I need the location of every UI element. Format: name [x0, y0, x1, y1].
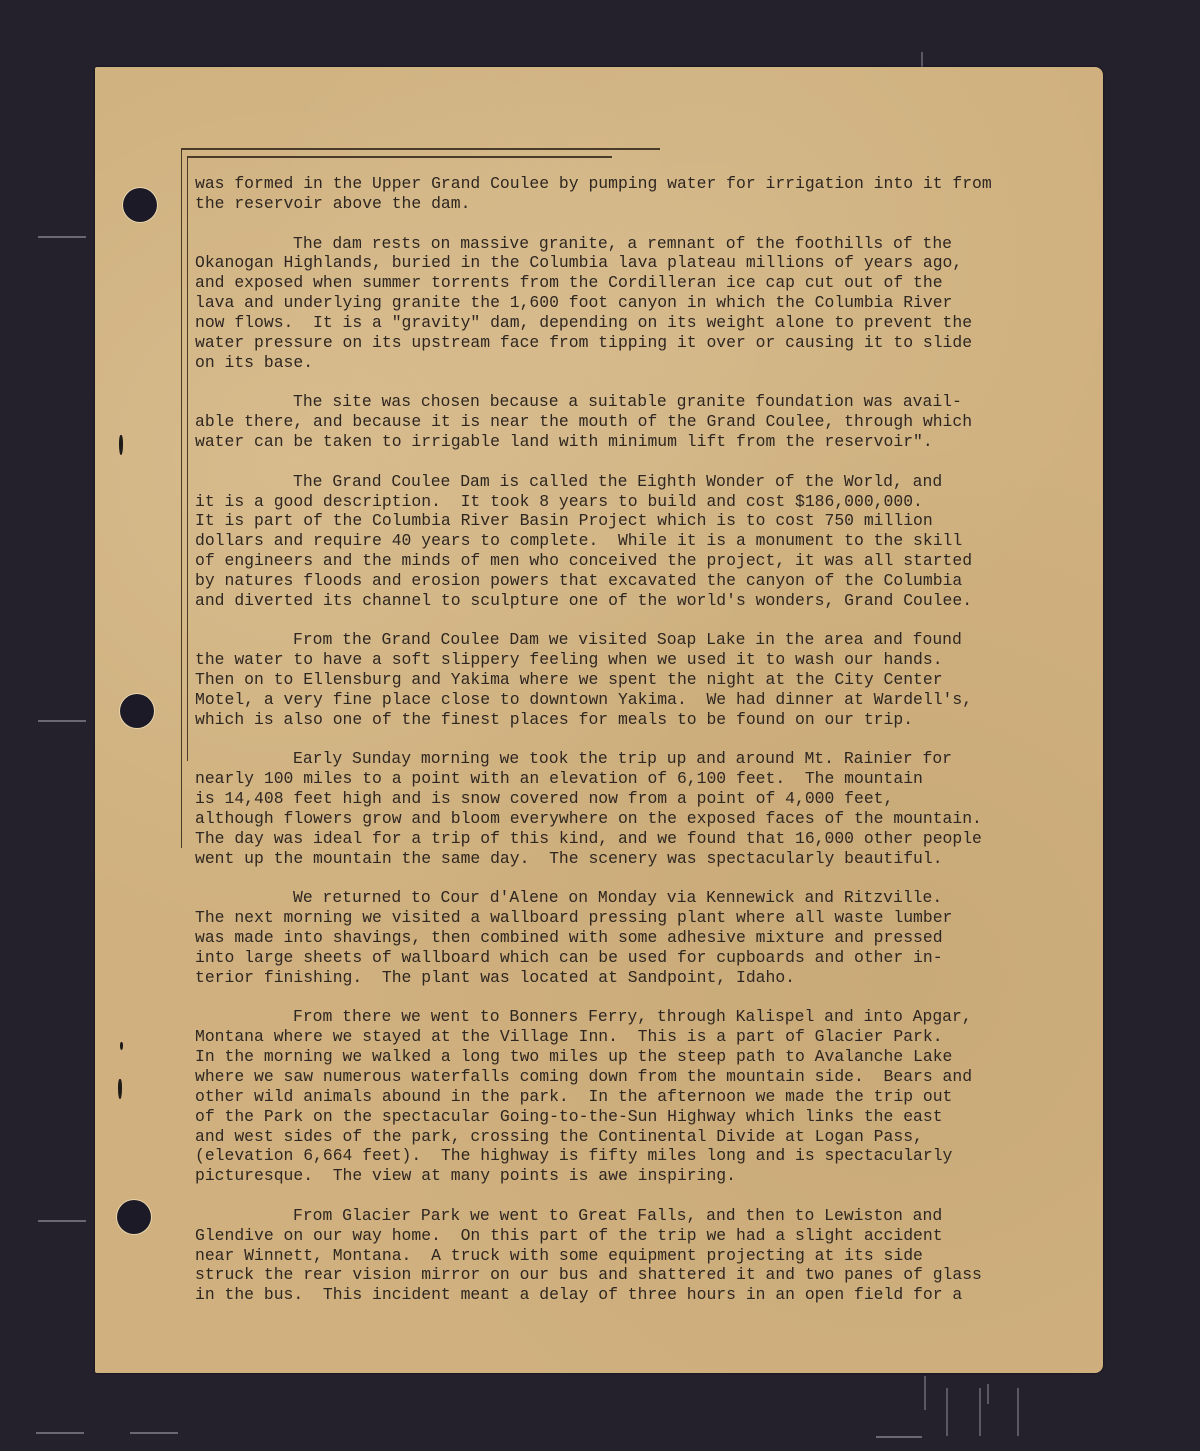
text-line: It is part of the Columbia River Basin P…: [195, 511, 1015, 531]
text-line: on its base.: [195, 353, 1015, 373]
text-line: From the Grand Coulee Dam we visited Soa…: [195, 630, 1015, 650]
backdrop-registration-mark: [130, 1432, 178, 1434]
margin-rule-top-outer: [182, 148, 660, 150]
text-line: Glendive on our way home. On this part o…: [195, 1226, 1015, 1246]
ink-blot: [119, 435, 123, 455]
text-line: water can be taken to irrigable land wit…: [195, 432, 1015, 452]
text-line: dollars and require 40 years to complete…: [195, 531, 1015, 551]
text-line: The day was ideal for a trip of this kin…: [195, 829, 1015, 849]
text-line: Then on to Ellensburg and Yakima where w…: [195, 670, 1015, 690]
backdrop-tick-mark: [987, 1384, 989, 1404]
text-line: the reservoir above the dam.: [195, 194, 1015, 214]
text-line: the water to have a soft slippery feelin…: [195, 650, 1015, 670]
ink-blot: [120, 1042, 123, 1050]
paragraph: was formed in the Upper Grand Coulee by …: [195, 174, 1015, 214]
text-line: Motel, a very fine place close to downto…: [195, 690, 1015, 710]
text-line: From Glacier Park we went to Great Falls…: [195, 1206, 1015, 1226]
text-line: was formed in the Upper Grand Coulee by …: [195, 174, 1015, 194]
text-line: water pressure on its upstream face from…: [195, 333, 1015, 353]
punch-hole-bottom: [117, 1200, 151, 1234]
backdrop-registration-mark: [36, 1432, 84, 1434]
text-line: and diverted its channel to sculpture on…: [195, 591, 1015, 611]
backdrop-registration-mark: [38, 236, 86, 238]
text-line: although flowers grow and bloom everywhe…: [195, 809, 1015, 829]
text-line: struck the rear vision mirror on our bus…: [195, 1265, 1015, 1285]
text-line: lava and underlying granite the 1,600 fo…: [195, 293, 1015, 313]
punch-hole-middle: [120, 694, 154, 728]
text-line: able there, and because it is near the m…: [195, 412, 1015, 432]
punch-hole-top: [123, 188, 157, 222]
text-line: other wild animals abound in the park. I…: [195, 1087, 1015, 1107]
ink-blot: [118, 1079, 122, 1099]
paragraph: Early Sunday morning we took the trip up…: [195, 749, 1015, 868]
backdrop-tick-mark: [946, 1388, 948, 1436]
text-line: nearly 100 miles to a point with an elev…: [195, 769, 1015, 789]
text-line: it is a good description. It took 8 year…: [195, 492, 1015, 512]
backdrop-registration-mark: [38, 1220, 86, 1222]
document-body: was formed in the Upper Grand Coulee by …: [195, 174, 1015, 1325]
paragraph: We returned to Cour d'Alene on Monday vi…: [195, 888, 1015, 987]
text-line: Montana where we stayed at the Village I…: [195, 1027, 1015, 1047]
backdrop-tick-mark: [921, 52, 923, 68]
text-line: and exposed when summer torrents from th…: [195, 273, 1015, 293]
text-line: and west sides of the park, crossing the…: [195, 1127, 1015, 1147]
paragraph: The Grand Coulee Dam is called the Eight…: [195, 472, 1015, 611]
backdrop-tick-mark: [1017, 1388, 1019, 1436]
text-line: terior finishing. The plant was located …: [195, 968, 1015, 988]
margin-rule-left-outer: [181, 148, 182, 848]
paragraph: The site was chosen because a suitable g…: [195, 392, 1015, 452]
backdrop-registration-mark: [38, 720, 86, 722]
backdrop-registration-mark: [876, 1436, 922, 1438]
text-line: now flows. It is a "gravity" dam, depend…: [195, 313, 1015, 333]
margin-rule-left-inner: [187, 156, 188, 761]
text-line: of the Park on the spectacular Going-to-…: [195, 1107, 1015, 1127]
text-line: went up the mountain the same day. The s…: [195, 849, 1015, 869]
text-line: The Grand Coulee Dam is called the Eight…: [195, 472, 1015, 492]
text-line: picturesque. The view at many points is …: [195, 1166, 1015, 1186]
text-line: From there we went to Bonners Ferry, thr…: [195, 1007, 1015, 1027]
text-line: The site was chosen because a suitable g…: [195, 392, 1015, 412]
text-line: is 14,408 feet high and is snow covered …: [195, 789, 1015, 809]
margin-rule-top-inner: [188, 156, 612, 158]
text-line: where we saw numerous waterfalls coming …: [195, 1067, 1015, 1087]
text-line: (elevation 6,664 feet). The highway is f…: [195, 1146, 1015, 1166]
text-line: which is also one of the finest places f…: [195, 710, 1015, 730]
backdrop-tick-mark: [924, 1376, 926, 1410]
paragraph: The dam rests on massive granite, a remn…: [195, 234, 1015, 373]
paragraph: From Glacier Park we went to Great Falls…: [195, 1206, 1015, 1305]
text-line: was made into shavings, then combined wi…: [195, 928, 1015, 948]
text-line: near Winnett, Montana. A truck with some…: [195, 1246, 1015, 1266]
backdrop-tick-mark: [979, 1388, 981, 1436]
text-line: into large sheets of wallboard which can…: [195, 948, 1015, 968]
text-line: Early Sunday morning we took the trip up…: [195, 749, 1015, 769]
paragraph: From the Grand Coulee Dam we visited Soa…: [195, 630, 1015, 729]
text-line: in the bus. This incident meant a delay …: [195, 1285, 1015, 1305]
text-line: by natures floods and erosion powers tha…: [195, 571, 1015, 591]
text-line: of engineers and the minds of men who co…: [195, 551, 1015, 571]
text-line: The dam rests on massive granite, a remn…: [195, 234, 1015, 254]
paragraph: From there we went to Bonners Ferry, thr…: [195, 1007, 1015, 1186]
text-line: We returned to Cour d'Alene on Monday vi…: [195, 888, 1015, 908]
text-line: The next morning we visited a wallboard …: [195, 908, 1015, 928]
text-line: In the morning we walked a long two mile…: [195, 1047, 1015, 1067]
text-line: Okanogan Highlands, buried in the Columb…: [195, 253, 1015, 273]
